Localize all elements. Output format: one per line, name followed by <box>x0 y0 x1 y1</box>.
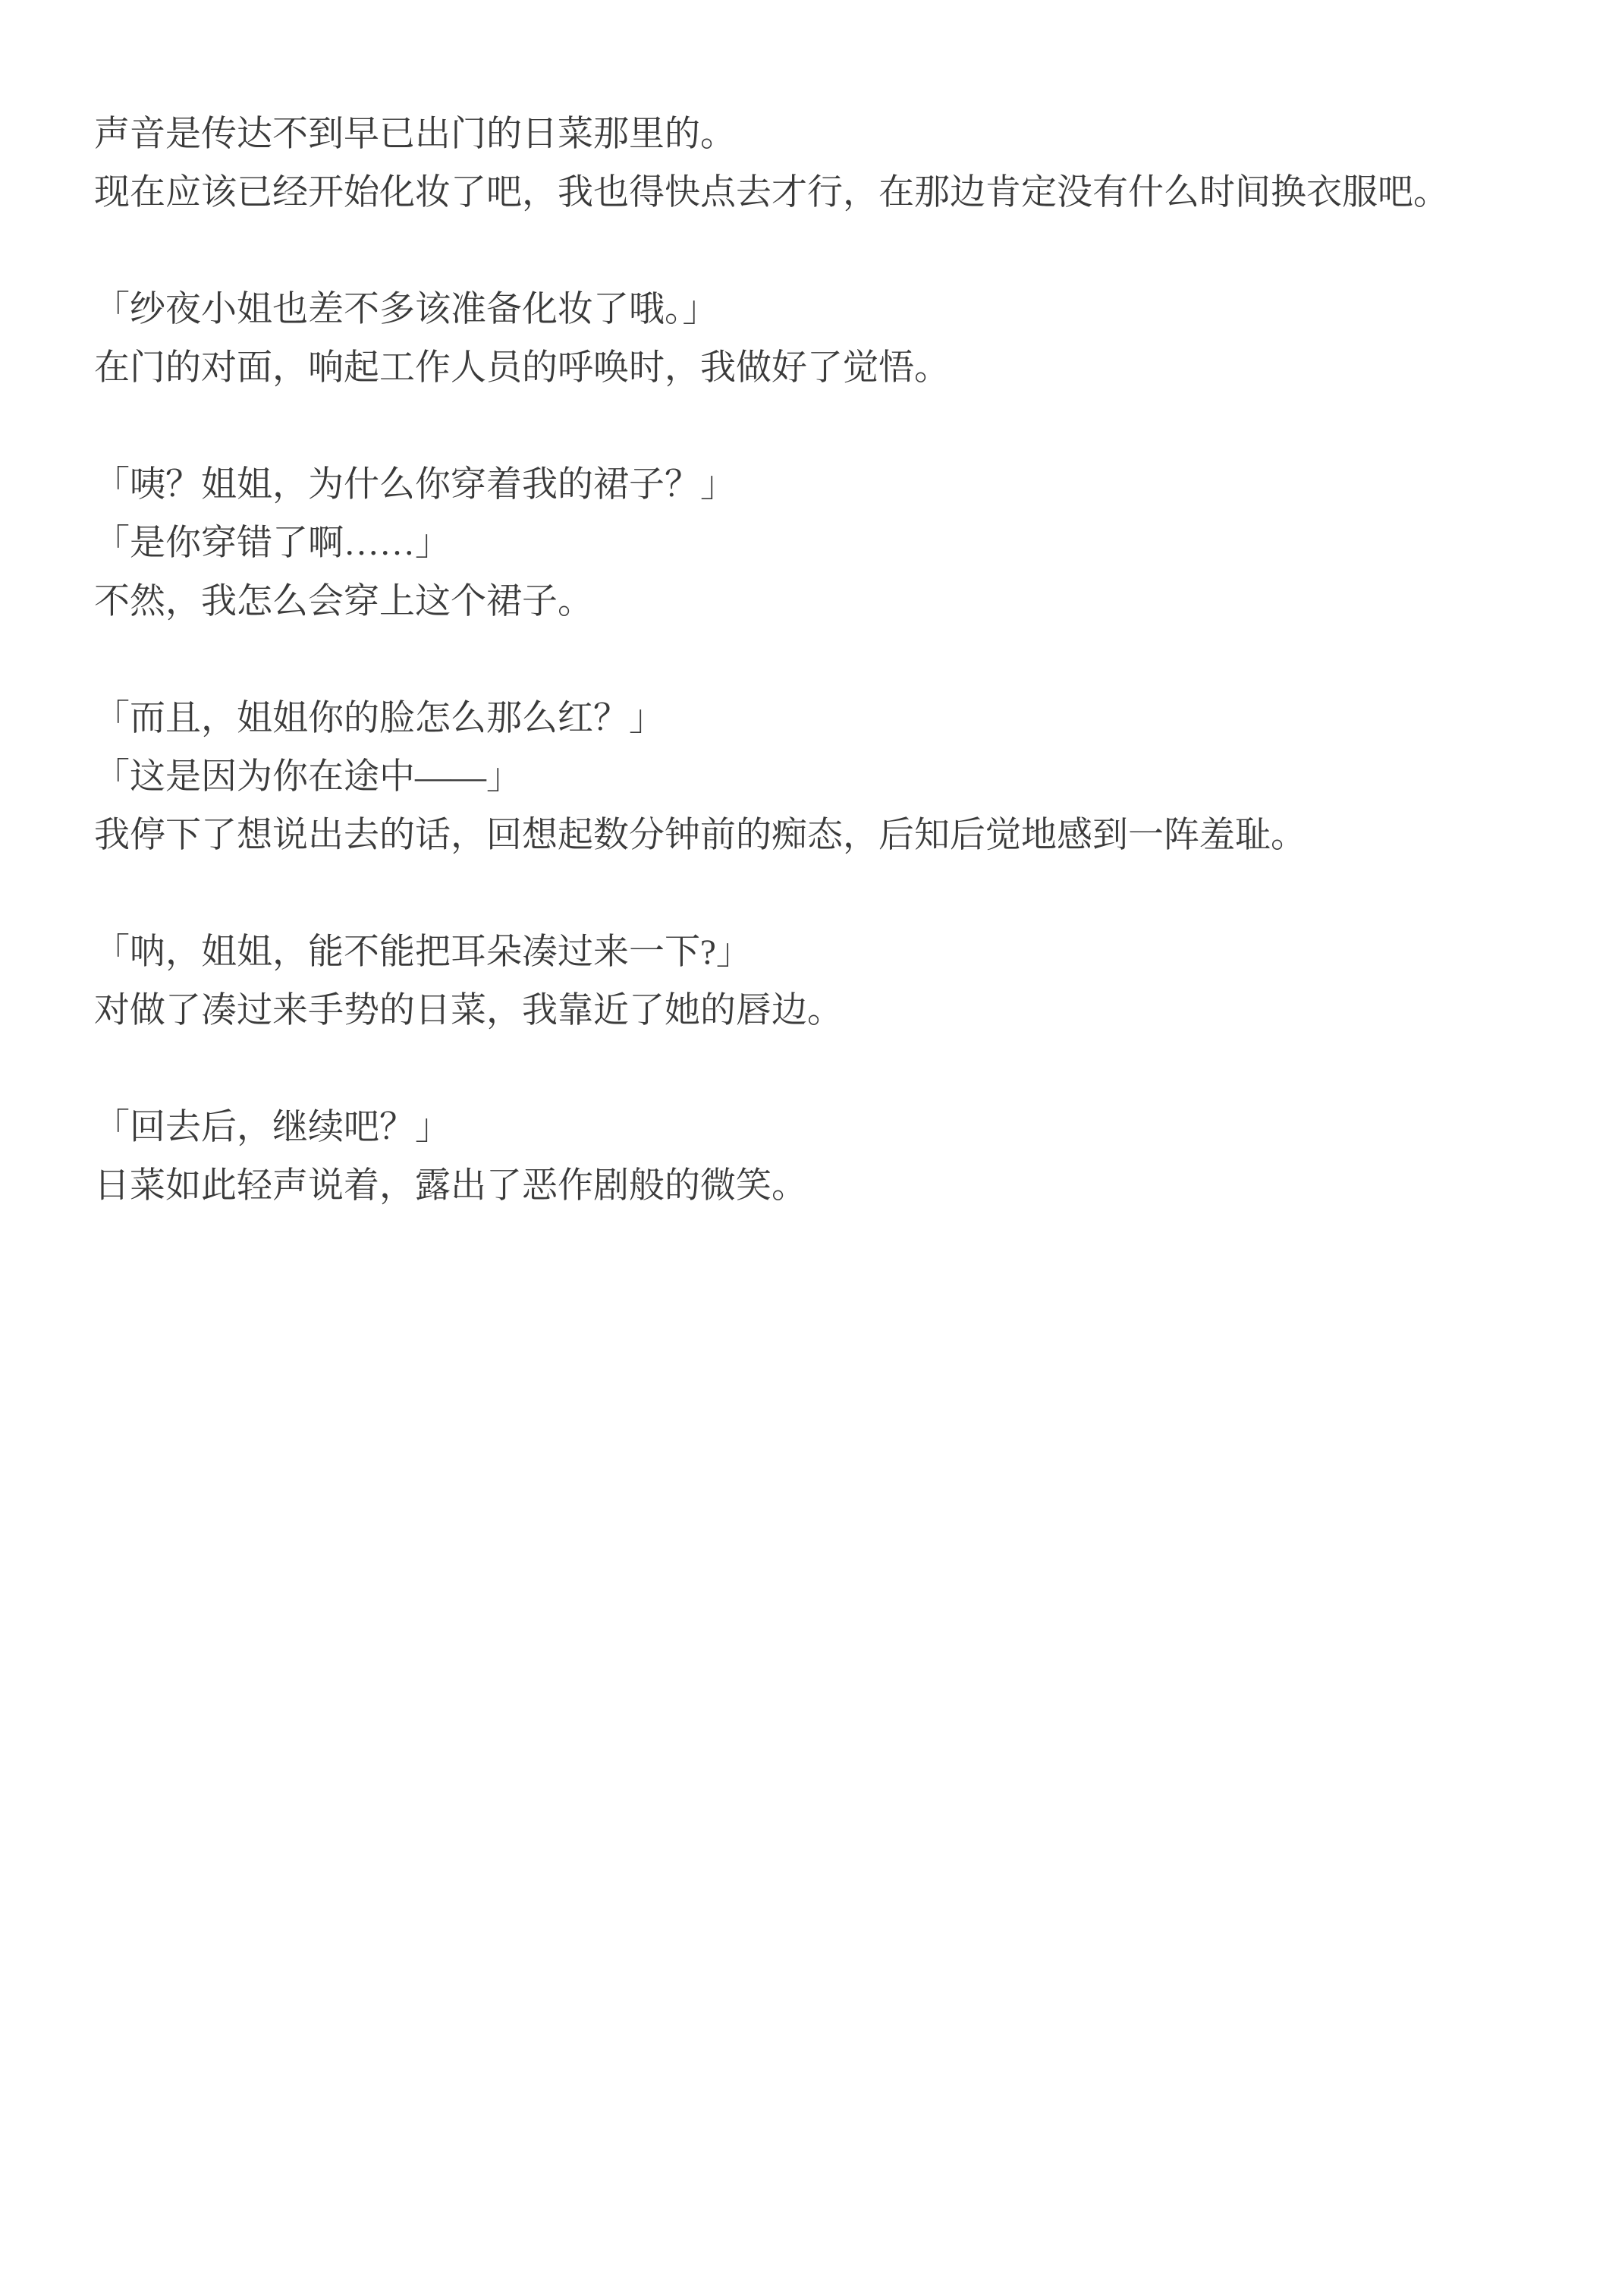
text-line: 声音是传达不到早已出门的日菜那里的。 <box>94 105 1449 164</box>
text-line: 不然，我怎么会穿上这个裙子。 <box>94 573 1449 631</box>
text-line: 在门的对面，响起工作人员的呼唤时，我做好了觉悟。 <box>94 339 1449 398</box>
text-line: 「纱夜小姐也差不多该准备化妆了哦。」 <box>94 281 1449 339</box>
paragraph: 「咦？姐姐，为什么你穿着我的裙子？」 「是你穿错了啊……」 不然，我怎么会穿上这… <box>94 456 1449 631</box>
text-line: 「回去后，继续吧？」 <box>94 1099 1449 1157</box>
paragraph: 「呐，姐姐，能不能把耳朵凑过来一下?」 对做了凑过来手势的日菜，我靠近了她的唇边… <box>94 923 1449 1040</box>
text-line: 「是你穿错了啊……」 <box>94 514 1449 573</box>
text-line: 日菜如此轻声说着，露出了恶作剧般的微笑。 <box>94 1157 1449 1216</box>
paragraph: 「纱夜小姐也差不多该准备化妆了哦。」 在门的对面，响起工作人员的呼唤时，我做好了… <box>94 281 1449 398</box>
text-line: 「呐，姐姐，能不能把耳朵凑过来一下?」 <box>94 923 1449 982</box>
text-line: 现在应该已经开始化妆了吧，我也得快点去才行，在那边肯定没有什么时间换衣服吧。 <box>94 164 1449 222</box>
text-line: 我停下了想说出去的话，回想起数分钟前的痴态，后知后觉地感到一阵羞耻。 <box>94 807 1449 865</box>
text-line: 「咦？姐姐，为什么你穿着我的裙子？」 <box>94 456 1449 514</box>
paragraph: 声音是传达不到早已出门的日菜那里的。 现在应该已经开始化妆了吧，我也得快点去才行… <box>94 105 1449 222</box>
paragraph: 「而且，姐姐你的脸怎么那么红？」 「这是因为你在途中——」 我停下了想说出去的话… <box>94 690 1449 865</box>
text-line: 对做了凑过来手势的日菜，我靠近了她的唇边。 <box>94 982 1449 1040</box>
text-line: 「这是因为你在途中——」 <box>94 748 1449 807</box>
paragraph: 「回去后，继续吧？」 日菜如此轻声说着，露出了恶作剧般的微笑。 <box>94 1099 1449 1216</box>
novel-text-block: 声音是传达不到早已出门的日菜那里的。 现在应该已经开始化妆了吧，我也得快点去才行… <box>94 105 1449 1216</box>
text-line: 「而且，姐姐你的脸怎么那么红？」 <box>94 690 1449 748</box>
